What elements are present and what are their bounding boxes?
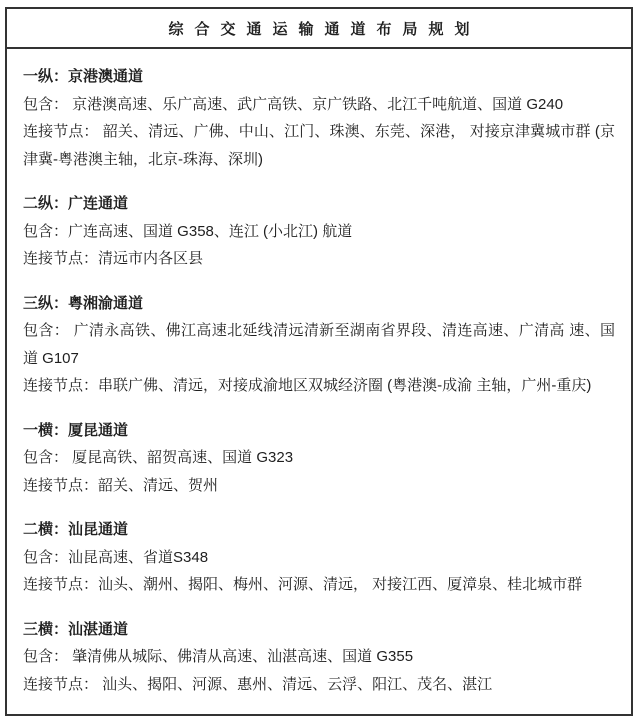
section-heading: 三纵：粤湘渝通道 <box>23 290 615 318</box>
nodes-text: 串联广佛、清远，对接成渝地区双城经济圈 (粤港澳-成渝 主轴，广州-重庆) <box>98 377 591 394</box>
include-line: 包含：汕昆高速、省道S348 <box>23 544 615 572</box>
corridor-section-1: 一纵：京港澳通道 包含： 京港澳高速、乐广高速、武广高铁、京广铁路、北江千吨航道… <box>23 63 615 173</box>
corridor-section-5: 二横：汕昆通道 包含：汕昆高速、省道S348 连接节点：汕头、潮州、揭阳、梅州、… <box>23 516 615 599</box>
include-label: 包含： <box>23 648 68 665</box>
corridor-section-6: 三横：汕湛通道 包含： 肇清佛从城际、佛清从高速、汕湛高速、国道 G355 连接… <box>23 616 615 699</box>
include-line: 包含： 广清永高铁、佛江高速北延线清远清新至湖南省界段、清连高速、广清高 速、国… <box>23 317 615 372</box>
include-text: 厦昆高铁、韶贺高速、国道 G323 <box>68 449 293 466</box>
nodes-line: 连接节点：韶关、清远、贺州 <box>23 472 615 500</box>
planning-document: 综合交通运输通道布局规划 一纵：京港澳通道 包含： 京港澳高速、乐广高速、武广高… <box>5 7 633 716</box>
corridor-section-4: 一横：厦昆通道 包含： 厦昆高铁、韶贺高速、国道 G323 连接节点：韶关、清远… <box>23 417 615 500</box>
include-text: 肇清佛从城际、佛清从高速、汕湛高速、国道 G355 <box>68 648 413 665</box>
nodes-text: 汕头、潮州、揭阳、梅州、河源、清远， 对接江西、厦漳泉、桂北城市群 <box>98 576 582 593</box>
corridor-section-2: 二纵：广连通道 包含：广连高速、国道 G358、连江 (小北江) 航道 连接节点… <box>23 190 615 273</box>
include-line: 包含： 京港澳高速、乐广高速、武广高铁、京广铁路、北江千吨航道、国道 G240 <box>23 91 615 119</box>
include-text: 京港澳高速、乐广高速、武广高铁、京广铁路、北江千吨航道、国道 G240 <box>68 96 563 113</box>
nodes-label: 连接节点： <box>23 377 98 394</box>
include-label: 包含： <box>23 96 68 113</box>
nodes-label: 连接节点： <box>23 576 98 593</box>
nodes-label: 连接节点： <box>23 676 98 693</box>
include-label: 包含： <box>23 549 68 566</box>
include-text: 广连高速、国道 G358、连江 (小北江) 航道 <box>68 223 352 240</box>
section-heading: 一纵：京港澳通道 <box>23 63 615 91</box>
include-label: 包含： <box>23 223 68 240</box>
document-body: 一纵：京港澳通道 包含： 京港澳高速、乐广高速、武广高铁、京广铁路、北江千吨航道… <box>7 49 631 698</box>
document-title: 综合交通运输通道布局规划 <box>157 18 480 39</box>
nodes-text: 韶关、清远、广佛、中山、江门、珠澳、东莞、深港， 对接京津冀城市群 (京津冀-粤… <box>23 123 615 168</box>
include-text: 汕昆高速、省道S348 <box>68 549 208 566</box>
nodes-label: 连接节点： <box>23 250 98 267</box>
nodes-text: 韶关、清远、贺州 <box>98 477 218 494</box>
section-heading: 一横：厦昆通道 <box>23 417 615 445</box>
nodes-line: 连接节点： 韶关、清远、广佛、中山、江门、珠澳、东莞、深港， 对接京津冀城市群 … <box>23 118 615 173</box>
section-heading: 三横：汕湛通道 <box>23 616 615 644</box>
include-label: 包含： <box>23 322 69 339</box>
section-heading: 二横：汕昆通道 <box>23 516 615 544</box>
include-line: 包含： 厦昆高铁、韶贺高速、国道 G323 <box>23 444 615 472</box>
include-line: 包含：广连高速、国道 G358、连江 (小北江) 航道 <box>23 218 615 246</box>
nodes-label: 连接节点： <box>23 477 98 494</box>
nodes-line: 连接节点：清远市内各区县 <box>23 245 615 273</box>
nodes-line: 连接节点： 汕头、揭阳、河源、惠州、清远、云浮、阳江、茂名、湛江 <box>23 671 615 699</box>
include-text: 广清永高铁、佛江高速北延线清远清新至湖南省界段、清连高速、广清高 速、国道 G1… <box>23 322 615 367</box>
section-heading: 二纵：广连通道 <box>23 190 615 218</box>
include-line: 包含： 肇清佛从城际、佛清从高速、汕湛高速、国道 G355 <box>23 643 615 671</box>
nodes-line: 连接节点：串联广佛、清远，对接成渝地区双城经济圈 (粤港澳-成渝 主轴，广州-重… <box>23 372 615 400</box>
corridor-section-3: 三纵：粤湘渝通道 包含： 广清永高铁、佛江高速北延线清远清新至湖南省界段、清连高… <box>23 290 615 400</box>
nodes-text: 汕头、揭阳、河源、惠州、清远、云浮、阳江、茂名、湛江 <box>98 676 492 693</box>
include-label: 包含： <box>23 449 68 466</box>
nodes-label: 连接节点： <box>23 123 99 140</box>
nodes-text: 清远市内各区县 <box>98 250 203 267</box>
nodes-line: 连接节点：汕头、潮州、揭阳、梅州、河源、清远， 对接江西、厦漳泉、桂北城市群 <box>23 571 615 599</box>
document-header: 综合交通运输通道布局规划 <box>7 9 631 49</box>
